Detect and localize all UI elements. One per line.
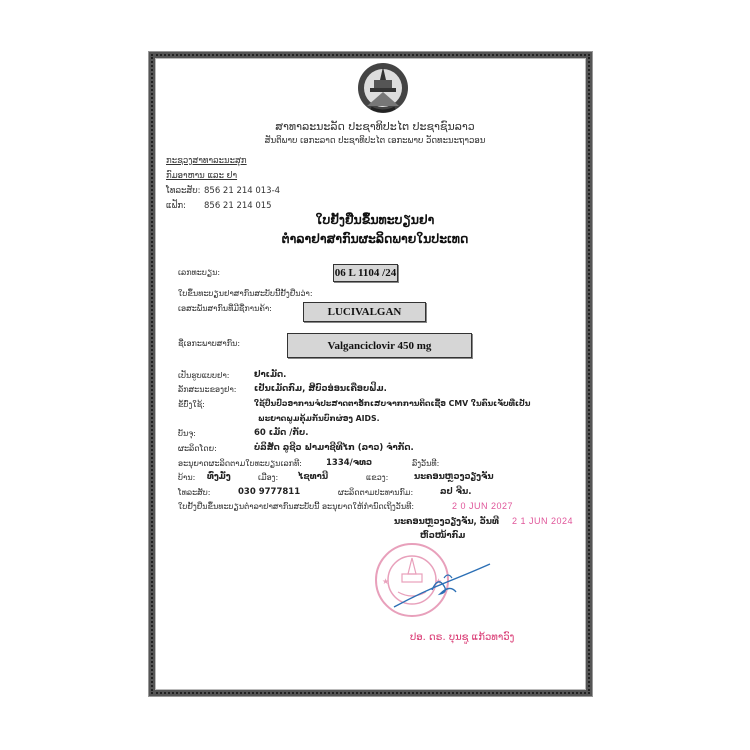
form-value: ຢາເມັດ. [254,370,286,380]
country-header: ສາທາລະນະລັດ ປະຊາທິປະໄຕ ປະຊາຊົນລາວ [0,120,750,133]
indication-label: ຂໍ້ບົ່ງໃຊ້: [178,400,205,409]
certify-line: ໃບຂຶ້ນທະບຽນຢາສາກົນສະບັບນີ້ຢັ້ງຢືນວ່າ: [178,289,313,298]
tel-label: ໂທລະສັບ: [178,488,211,497]
motto-header: ສັນຕິພາບ ເອກະລາດ ປະຊາທິປະໄຕ ເອກະພາບ ວັດທ… [0,136,750,146]
reg-number-box: 06 L 1104 /24 [333,264,398,282]
form-label: ເປັນຮູບແບບຢາ: [178,371,230,380]
district-value: ໄຊທານີ [298,472,328,482]
generic-name-box: Valganciclovir 450 mg [287,333,472,358]
appearance-label: ລັກສະນະຂອງຢາ: [178,385,236,394]
issue-date-stamp: 2 1 JUN 2024 [512,516,573,526]
signer-name: ປອ. ດຣ. ບຸນຊູ ແກ້ວທາວົງ [410,632,514,643]
svg-text:★: ★ [382,577,389,586]
standard-label: ຜະລິດຕາມປະທານກົມ: [338,488,413,497]
phone-row: ໂທລະສັບ: 856 21 214 013-4 [166,186,201,196]
packing-label: ບັນຈຸ: [178,429,196,438]
village-value: ທົ່ງມັ່ງ [207,472,231,482]
license-value: 1334/ຈທວ [326,458,372,468]
certificate-title-line2: ຕຳລາຢາສາກົນຜະລິດພາຍໃນປະເທດ [0,231,750,246]
province-value: ນະຄອນຫຼວງວຽງຈັນ [414,472,494,482]
manufacturer-value: ບໍລິສັດ ລູຊີວ ຟາມາຊີທີໄກ (ລາວ) ຈຳກັດ. [254,443,414,453]
appearance-value: ເປັນເມັດກົມ, ສີບົວອ່ອນເຄືອບຟິມ. [254,384,387,394]
place-date-label: ນະຄອນຫຼວງວຽງຈັນ, ວັນທີ [394,517,499,527]
validity-label: ໃບຢັ້ງຢືນຂຶ້ນທະບຽນຕຳລາຢາສາກົນສະບັບນີ້ ອະ… [178,502,414,511]
ministry-name: ກະຊວງສາທາລະນະສຸກ [166,156,247,166]
standard-value: ລປ ຈີນ. [440,487,471,497]
tel-value: 030 9777811 [238,487,300,497]
brand-name-box: LUCIVALGAN [303,302,426,322]
phone-label: ໂທລະສັບ: [166,186,201,196]
phone-value: 856 21 214 013-4 [204,186,280,196]
village-label: ບ້ານ: [178,473,195,482]
province-label: ແຂວງ: [366,473,388,482]
generic-label: ຊື່ເອກະພາບສາກົນ: [178,339,240,348]
handwritten-signature [392,552,492,612]
district-label: ເມືອງ: [258,473,278,482]
fax-label: ແຟັກ: [166,201,186,211]
department-name: ກົມອາຫານ ແລະ ຢາ [166,171,237,181]
lao-emblem-icon [357,62,409,114]
reg-number-label: ເລກທະບຽນ: [178,268,220,277]
manufacturer-label: ຜະລິດໂດຍ: [178,444,217,453]
fax-value: 856 21 214 015 [204,201,272,211]
indication-line2: ພະຍາດພູມຄຸ້ມກັນບົກຜ່ອງ AIDS. [258,414,380,423]
brand-label: ເອສະພັນສາກົນທີ່ມີຊື່ການຄ້າ: [178,304,272,313]
packing-value: 60 ເມັດ /ກັບ. [254,428,308,438]
license-date-label: ລົງວັນທີ: [412,459,439,468]
validity-date-stamp: 2 0 JUN 2027 [452,501,513,511]
certificate-title-line1: ໃບຢັ້ງຢືນຂຶ້ນທະບຽນຢາ [0,212,750,227]
indication-line1: ໃຊ້ປິ່ນປົວອາການຈໍປະສາດຕາອັກເສບຈາກການຕິດເ… [254,399,530,408]
license-label: ອະນຸຍາດຜະລິດຕາມໃບທະບຽນເລກທີ: [178,459,302,468]
fax-row: ແຟັກ: 856 21 214 015 [166,201,186,211]
